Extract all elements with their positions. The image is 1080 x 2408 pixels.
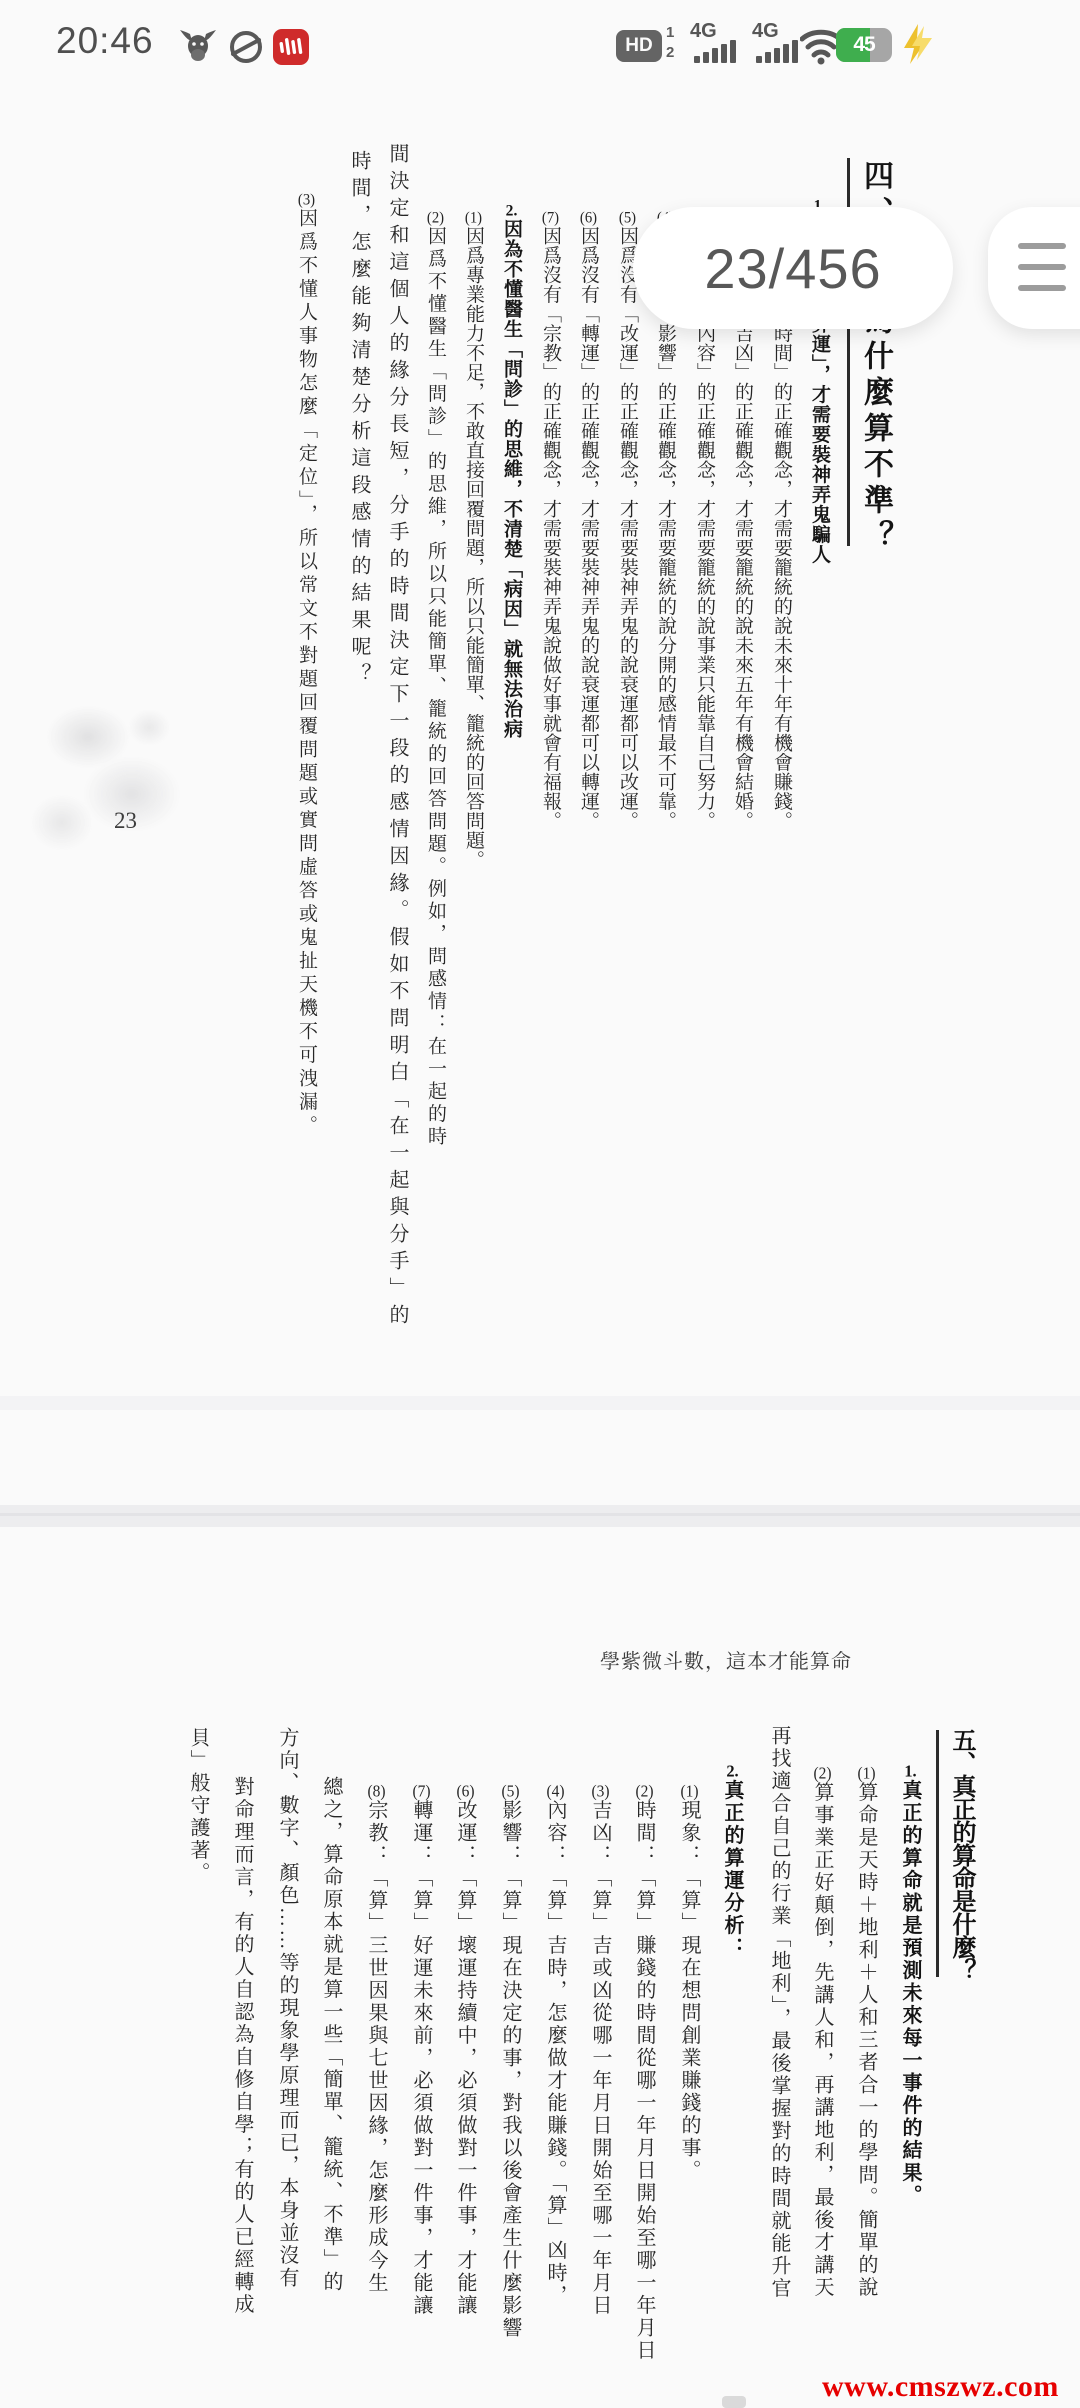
page1-text-column: (5)因爲沒有「改運」的正確觀念，才需要裝神弄鬼的說衰運都可以改運。: [614, 210, 641, 830]
page2-text-column: (8)宗教：「算」三世因果與七世因緣，怎麼形成今生: [362, 1783, 391, 2294]
page-gap-band: [0, 1505, 1080, 1527]
ebook-reader-screen: { "status_bar": { "time": "20:46", "noti…: [0, 0, 1080, 2408]
page2-text-column: (3)吉凶：「算」吉或凶從哪一年月日開始至哪一年月日: [586, 1783, 615, 2317]
page2-text-column: (2)算事業正好顛倒，先講人和，再講地利，最後才講天: [808, 1765, 837, 2299]
paper-smudge: [18, 680, 193, 870]
signal-bars-2-icon: [756, 40, 798, 63]
page2-text-column: 總之，算命原本就是算一些「簡單、籠統、不準」的: [317, 1776, 346, 2294]
page1-text-column: (1)因爲專業能力不足，不敢直接回覆問題，所以只能簡單、籠統的回答問題。: [460, 210, 487, 869]
battery-indicator: 45: [836, 28, 892, 62]
title-side-rule-2: [936, 1730, 939, 1977]
browser-circle-icon: [226, 28, 266, 66]
page2-text-column: (7)轉運：「算」好運未來前，必須做對一件事，才能讓: [407, 1783, 436, 2317]
scroll-nub: [722, 2396, 746, 2408]
hamburger-menu-button[interactable]: [988, 207, 1080, 329]
signal-bars-1-icon: [694, 40, 736, 63]
page2-text-column: 貝」般守護著。: [184, 1727, 213, 1885]
page1-bottom-shade: [0, 1396, 1080, 1410]
page2-text-column: (5)影響：「算」現在決定的事，對我以後會產生什麼影響: [496, 1783, 525, 2339]
status-bar: 20:46 HD 1 2 4G 4G: [0, 0, 1080, 70]
page2-text-column: (4)內容：「算」吉時，怎麼做才能賺錢。「算」凶時，: [541, 1783, 570, 2307]
lightning-bolt-icon: [898, 22, 940, 66]
page-gap-line: [0, 1513, 1080, 1516]
page2-text-column: 五、真正的算命是什麼？: [944, 1728, 979, 1981]
page2-text-column: 方向、數字、顏色……等的現象學原理而已，本身並沒有: [273, 1727, 302, 2290]
page1-text-column: 2.因為不懂醫生「問診」的思維，不清楚「病因」就無法治病: [498, 203, 525, 739]
sim2-number: 2: [666, 44, 674, 61]
page1-text-column: (7)因爲沒有「宗教」的正確觀念，才需要裝神弄鬼說做好事就會有福報。: [537, 210, 564, 830]
battery-percent: 45: [836, 28, 892, 62]
page2-text-column: 再找適合自己的行業「地利」，最後掌握對的時間就能升官: [765, 1725, 794, 2300]
sim1-number: 1: [666, 24, 674, 41]
page1-printed-number: 23: [114, 808, 137, 834]
page2-text-column: 2.真正的算運分析：: [718, 1763, 747, 1959]
site-watermark: www.cmszwz.com: [822, 2370, 1059, 2404]
page1-text-column: (2)因爲不懂醫生「問診」的思維，所以只能簡單、籠統的回答問題。例如，問感情：在…: [422, 210, 449, 1148]
page2-text-column: (1)算命是天時＋地利＋人和三者合一的學問。簡單的說: [852, 1765, 881, 2299]
page1-text-column: (3)因爲不懂人事物怎麼「定位」，所以常文不對題回覆問題或實問虛答或鬼扯天機不可…: [293, 192, 320, 1138]
ox-app-icon: [178, 28, 218, 66]
page2-text-column: 1.真正的算命就是預測未來每一事件的結果。: [896, 1763, 925, 2207]
page1-text-column: (6)因爲沒有「轉運」的正確觀念，才需要裝神弄鬼的說衰運都可以轉運。: [575, 210, 602, 830]
page1-text-column: 時間，怎麼能夠清楚分析這段感情的結果呢？: [345, 150, 374, 690]
hd-voice-icon: HD: [616, 30, 662, 62]
page-indicator-text: 23/456: [704, 236, 881, 301]
clock: 20:46: [56, 20, 154, 62]
red-music-app-icon: [272, 28, 310, 66]
page2-text-column: 對命理而言，有的人自認為自修自學；有的人已經轉成: [228, 1776, 257, 2316]
page2-text-column: (2)時間：「算」賺錢的時間從哪一年月日開始至哪一年月日: [630, 1783, 659, 2362]
page-indicator-pill[interactable]: 23/456: [633, 207, 953, 329]
page2-text-column: (1)現象：「算」現在想問創業賺錢的事。: [675, 1783, 704, 2182]
running-header: 學紫微斗數，這本才能算命: [600, 1645, 852, 1674]
page1-text-column: 間決定和這個人的緣分長短，分手的時間決定下一段的感情因緣。假如不問明白「在一起與…: [383, 143, 412, 1331]
page2-text-column: (6)改運：「算」壞運持續中，必須做對一件事，才能讓: [451, 1783, 480, 2317]
